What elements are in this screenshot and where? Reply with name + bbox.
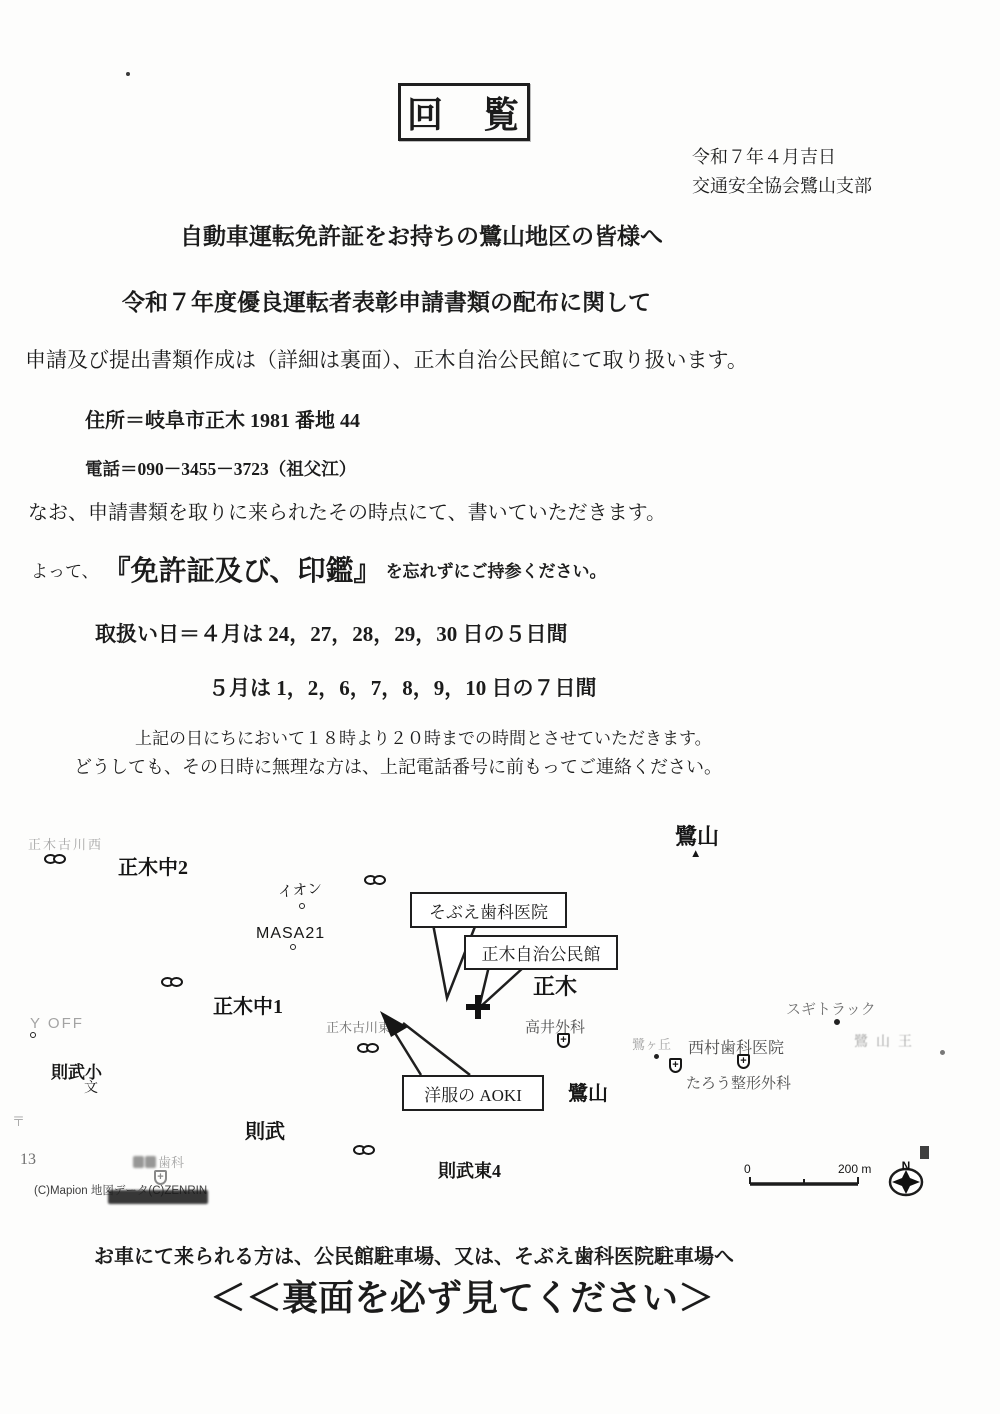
callout-sobue-dental-clinic: そぶえ歯科医院	[410, 892, 567, 928]
poi-marker-y-off	[30, 1032, 36, 1038]
map-label-route-13: 13	[20, 1152, 36, 1168]
bring-suffix: を忘れずにご持参ください。	[386, 562, 607, 581]
map-label-sagigaoka: 鷺ヶ丘	[632, 1038, 671, 1051]
map-label-ion: イオン	[277, 882, 323, 902]
edge-glyph-smudge	[920, 1146, 929, 1159]
mountain-peak-icon: ▲	[690, 849, 701, 861]
bring-prefix: よって、	[31, 562, 99, 581]
map-label-masakinaka2: 正木中2	[118, 858, 188, 878]
hospital-cross-icon: +	[557, 1033, 570, 1048]
illegible-char-smudge	[145, 1156, 156, 1168]
scale-distance-label: 200 m	[838, 1163, 871, 1175]
heading-subject: 令和７年度優良運転者表彰申請書類の配布に関して	[122, 284, 651, 317]
compass-circle	[890, 1169, 922, 1195]
body-intro: 申請及び提出書類作成は（詳細は裏面）、正木自治公民館にて取り扱います。	[25, 344, 748, 374]
map-label-takai-clinic: 高井外科	[525, 1021, 585, 1036]
bring-items: 『免許証及び、印鑑』	[103, 556, 382, 587]
hospital-cross-glyph: +	[740, 1056, 746, 1067]
note-writing: なお、申請書類を取りに来られたその時点にて、書いていただきます。	[28, 496, 666, 525]
bus-stop-icon	[364, 875, 386, 886]
hospital-cross-icon: +	[154, 1170, 167, 1185]
map-label-masaki: 正木	[533, 976, 577, 998]
notice-date: 令和７年４月吉日	[692, 143, 836, 169]
poi-marker-sagiyama-o	[940, 1050, 945, 1055]
hospital-cross-glyph: +	[560, 1035, 566, 1046]
schedule-april: 取扱い日＝４月は 24，27，28，29，30 日の５日間	[95, 618, 568, 648]
hospital-cross-glyph: +	[672, 1060, 678, 1071]
map-label-y-off: Y OFF	[30, 1016, 84, 1031]
schedule-may: ５月は 1，2，6，7，8，9，10 日の７日間	[208, 672, 597, 702]
address-line: 住所＝岐阜市正木 1981 番地 44	[85, 404, 360, 433]
community-center-callout-tail	[479, 966, 524, 1008]
callout-sobue-label: そぶえ歯科医院	[429, 898, 548, 923]
community-center-location-cross-icon	[466, 995, 490, 1019]
map-label-sagiyama-district: 鷺山	[568, 1084, 608, 1104]
postal-mark-icon: 〒	[12, 1115, 25, 1128]
bring-line: よって、 『免許証及び、印鑑』 を忘れずにご持参ください。	[31, 549, 607, 589]
phone-line: 電話＝090－3455－3723（祖父江）	[85, 456, 356, 481]
map-label-nishimura-dental: 西村歯科医院	[688, 1041, 784, 1057]
poi-marker-ion	[299, 903, 305, 909]
parking-note: お車にて来られる方は、公民館駐車場、又は、そぶえ歯科医院駐車場へ	[94, 1240, 734, 1269]
map-label-noritake-elementary: 則武小	[51, 1064, 102, 1081]
map-label-sugi-truck: スギトラック	[786, 1003, 876, 1018]
bus-stop-icon	[353, 1145, 375, 1156]
callout-community-center-label: 正木自治公民館	[482, 940, 601, 965]
map-label-noritake-east4: 則武東4	[438, 1162, 501, 1180]
map-label-sagiyama-mountain: 鷺山	[675, 826, 719, 848]
scale-zero-label: 0	[744, 1163, 751, 1175]
illegible-char-smudge	[133, 1156, 144, 1168]
hospital-cross-icon: +	[737, 1054, 750, 1069]
poi-marker-sagigaoka	[654, 1054, 659, 1059]
aoki-pointer-lines	[390, 1023, 470, 1075]
poi-marker-masa21	[290, 944, 296, 950]
map-label-taro-orthopedics: たろう整形外科	[686, 1077, 791, 1092]
scanned-notice-page: 回 覧 令和７年４月吉日 交通安全協会鷺山支部 自動車運転免許証をお持ちの鷺山地…	[0, 0, 1000, 1414]
notice-title: 回 覧	[407, 87, 521, 138]
map-label-masakinaka1: 正木中1	[213, 997, 283, 1017]
map-label-masakifurukawa-east: 正木古川東	[326, 1021, 391, 1034]
map-label-masa21: MASA21	[256, 926, 325, 942]
scale-bar-ticks	[750, 1177, 858, 1184]
map-label-masakifurukawa-west: 正木古川西	[28, 838, 103, 851]
map-label-sagiyama-o-faded: 鷺山王	[854, 1036, 920, 1050]
illegible-overlapped-label-smudge	[108, 1190, 208, 1204]
bus-stop-icon	[161, 977, 183, 988]
map-label-noritake: 則武	[245, 1122, 285, 1142]
hours-note: 上記の日にちにおいて１８時より２０時までの時間とさせていただきます。	[135, 724, 712, 749]
area-map: N そぶえ歯科医院 正木自治公民館 洋服の AOKI 正木古川西 正木中2 イオ…	[0, 818, 1000, 1218]
bus-stop-icon	[44, 854, 66, 865]
notice-title-box: 回 覧	[398, 83, 530, 141]
poi-marker-sugi-truck	[834, 1019, 840, 1025]
callout-aoki-store: 洋服の AOKI	[402, 1075, 544, 1111]
hospital-cross-icon: +	[669, 1058, 682, 1073]
heading-addressee: 自動車運転免許証をお持ちの鷺山地区の皆様へ	[180, 218, 663, 251]
callout-aoki-label: 洋服の AOKI	[424, 1081, 522, 1106]
compass-north-label: N	[902, 1159, 911, 1173]
footer-reminder: ＜＜裏面を必ず見てください＞	[210, 1270, 714, 1321]
bus-stop-icon	[357, 1043, 379, 1054]
contact-note: どうしても、その日時に無理な方は、上記電話番号に前もってご連絡ください。	[74, 753, 722, 779]
school-mark-icon: 文	[84, 1082, 98, 1096]
callout-community-center: 正木自治公民館	[464, 935, 618, 970]
scan-artifact-dot	[126, 72, 130, 76]
notice-organization: 交通安全協会鷺山支部	[692, 172, 872, 198]
compass-star-icon	[892, 1170, 920, 1194]
map-label-dental-faded: 歯科	[158, 1156, 184, 1169]
hospital-cross-glyph: +	[157, 1172, 163, 1183]
